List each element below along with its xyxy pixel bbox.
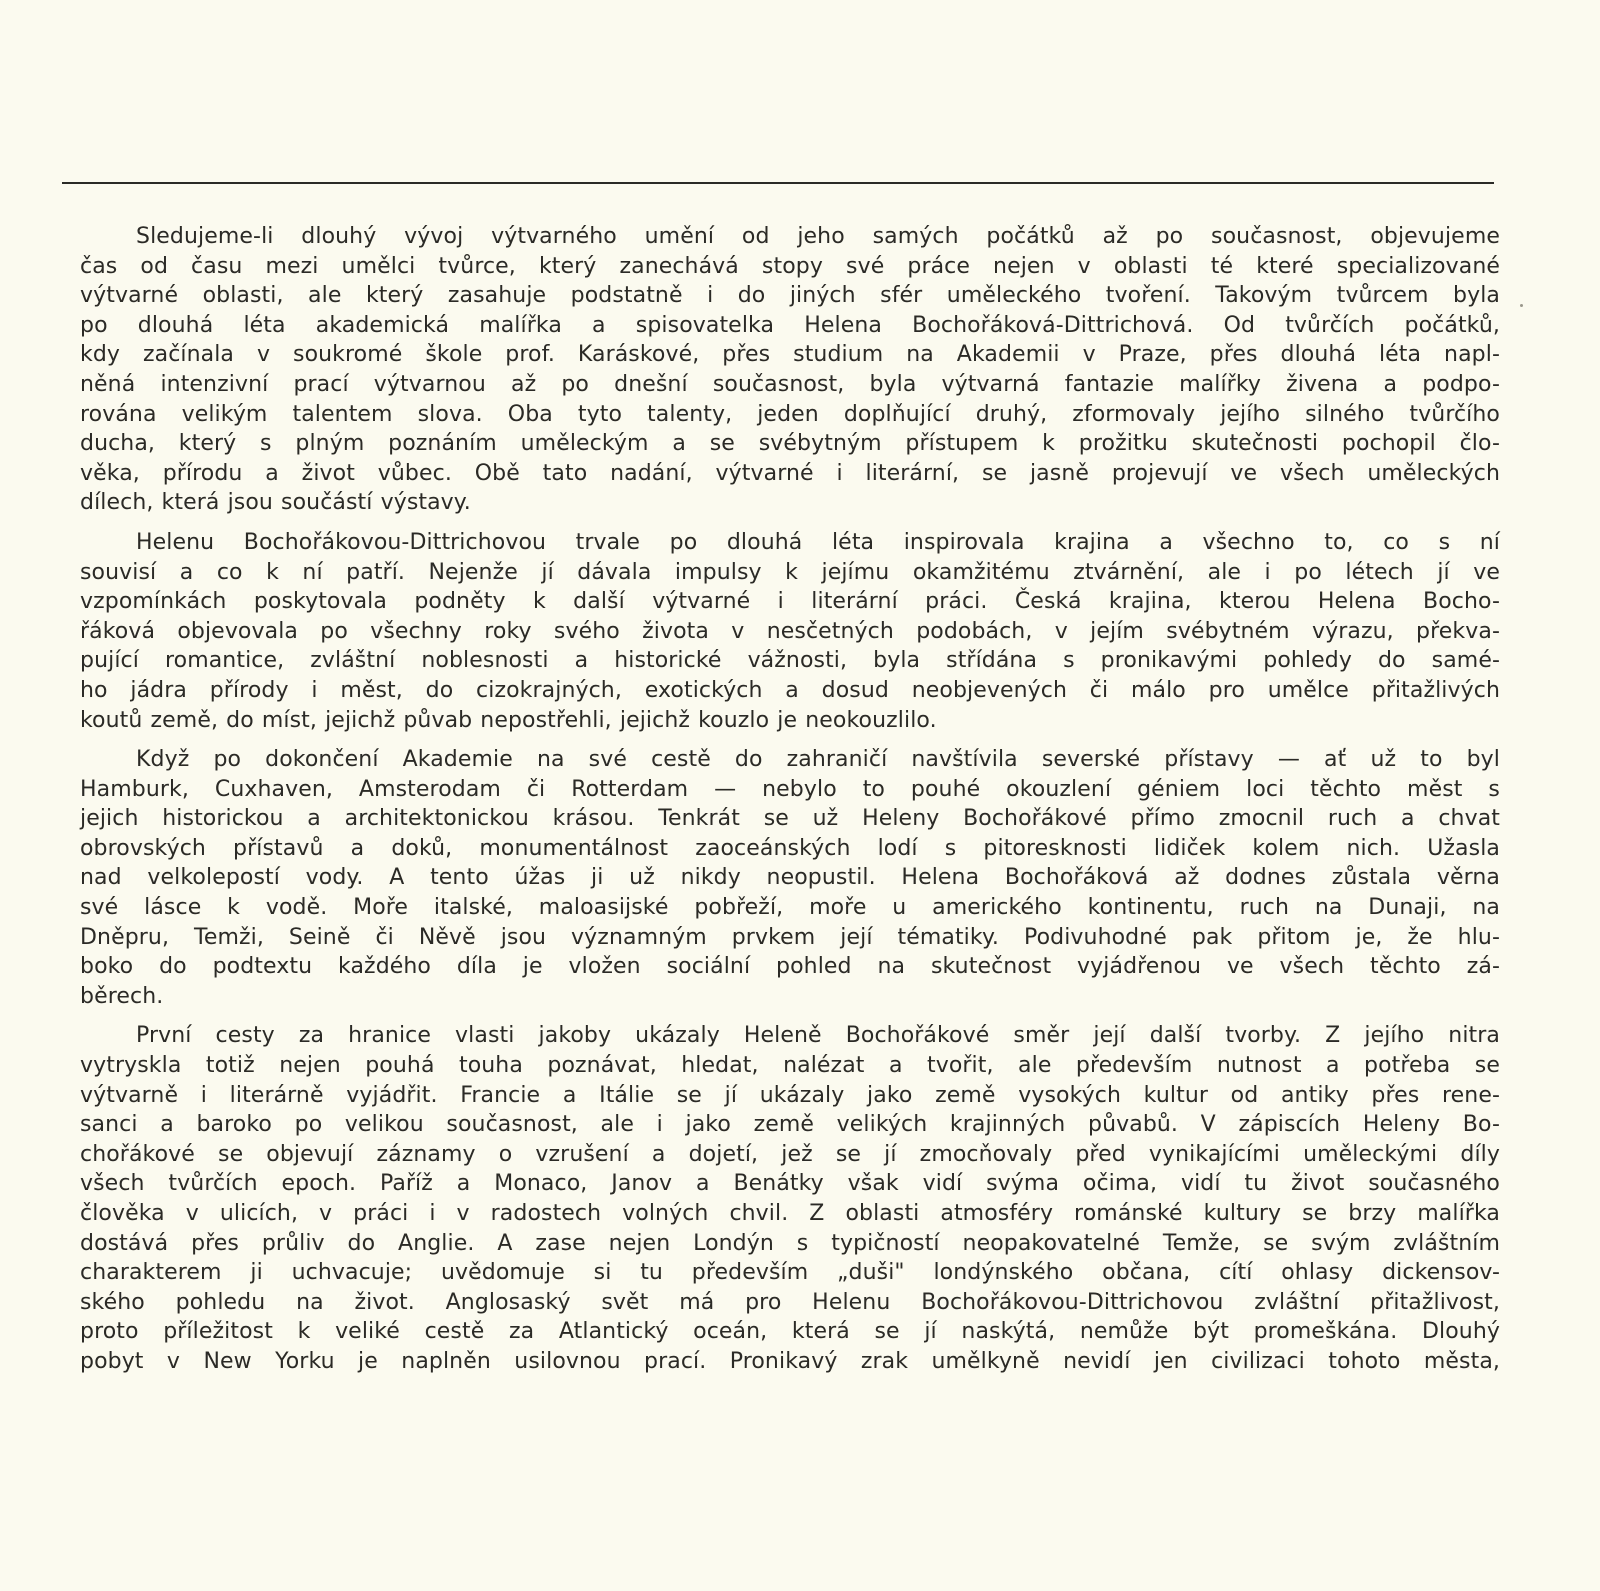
- text-line: sanci a baroko po velikou současnost, al…: [80, 1110, 1500, 1140]
- document-page: Sledujeme-li dlouhý vývoj výtvarného umě…: [0, 0, 1600, 1591]
- text-line: ho jádra přírody i měst, do cizokrajných…: [80, 676, 1500, 706]
- text-line: své lásce k vodě. Moře italské, maloasij…: [80, 893, 1500, 923]
- text-line: Když po dokončení Akademie na své cestě …: [80, 745, 1500, 775]
- text-line: ského pohledu na život. Anglosaský svět …: [80, 1288, 1500, 1318]
- text-line: koutů země, do míst, jejichž půvab nepos…: [80, 706, 1500, 736]
- text-line: pující romantice, zvláštní noblesnosti a…: [80, 646, 1500, 676]
- text-line: jejich historickou a architektonickou kr…: [80, 804, 1500, 834]
- paragraph-1: Sledujeme-li dlouhý vývoj výtvarného umě…: [80, 222, 1500, 518]
- text-line: běrech.: [80, 982, 1500, 1012]
- text-line: chořákové se objevují záznamy o vzrušení…: [80, 1140, 1500, 1170]
- paragraph-2: Helenu Bochořákovou-Dittrichovou trvale …: [80, 528, 1500, 735]
- body-text: Sledujeme-li dlouhý vývoj výtvarného umě…: [80, 222, 1500, 1387]
- text-line: rována velikým talentem slova. Oba tyto …: [80, 400, 1500, 430]
- text-line: souvisí a co k ní patří. Nejenže jí dáva…: [80, 558, 1500, 588]
- text-line: řáková objevovala po všechny roky svého …: [80, 617, 1500, 647]
- text-line: Helenu Bochořákovou-Dittrichovou trvale …: [80, 528, 1500, 558]
- text-line: čas od času mezi umělci tvůrce, který za…: [80, 252, 1500, 282]
- text-line: všech tvůrčích epoch. Paříž a Monaco, Ja…: [80, 1169, 1500, 1199]
- text-line: po dlouhá léta akademická malířka a spis…: [80, 311, 1500, 341]
- text-line: věka, přírodu a život vůbec. Obě tato na…: [80, 459, 1500, 489]
- text-line: nad velkolepostí vody. A tento úžas ji u…: [80, 863, 1500, 893]
- text-line: První cesty za hranice vlasti jakoby uká…: [80, 1021, 1500, 1051]
- text-line: dílech, která jsou součástí výstavy.: [80, 488, 1500, 518]
- text-line: vytryskla totiž nejen pouhá touha poznáv…: [80, 1051, 1500, 1081]
- text-line: Sledujeme-li dlouhý vývoj výtvarného umě…: [80, 222, 1500, 252]
- text-line: kdy začínala v soukromé škole prof. Kará…: [80, 340, 1500, 370]
- text-line: Dněpru, Temži, Seině či Něvě jsou význam…: [80, 923, 1500, 953]
- text-line: proto příležitost k veliké cestě za Atla…: [80, 1317, 1500, 1347]
- scan-speck: [1520, 304, 1523, 307]
- top-horizontal-rule: [62, 182, 1494, 184]
- text-line: něná intenzivní prací výtvarnou až po dn…: [80, 370, 1500, 400]
- paragraph-4: První cesty za hranice vlasti jakoby uká…: [80, 1021, 1500, 1376]
- paragraph-3: Když po dokončení Akademie na své cestě …: [80, 745, 1500, 1011]
- text-line: výtvarně i literárně vyjádřit. Francie a…: [80, 1081, 1500, 1111]
- text-line: charakterem ji uchvacuje; uvědomuje si t…: [80, 1258, 1500, 1288]
- text-line: výtvarné oblasti, ale který zasahuje pod…: [80, 281, 1500, 311]
- text-line: pobyt v New Yorku je naplněn usilovnou p…: [80, 1347, 1500, 1377]
- text-line: člověka v ulicích, v práci i v radostech…: [80, 1199, 1500, 1229]
- text-line: boko do podtextu každého díla je vložen …: [80, 952, 1500, 982]
- text-line: obrovských přístavů a doků, monumentálno…: [80, 834, 1500, 864]
- text-line: dostává přes průliv do Anglie. A zase ne…: [80, 1229, 1500, 1259]
- text-line: Hamburk, Cuxhaven, Amsterodam či Rotterd…: [80, 775, 1500, 805]
- text-line: vzpomínkách poskytovala podněty k další …: [80, 587, 1500, 617]
- text-line: ducha, který s plným poznáním uměleckým …: [80, 429, 1500, 459]
